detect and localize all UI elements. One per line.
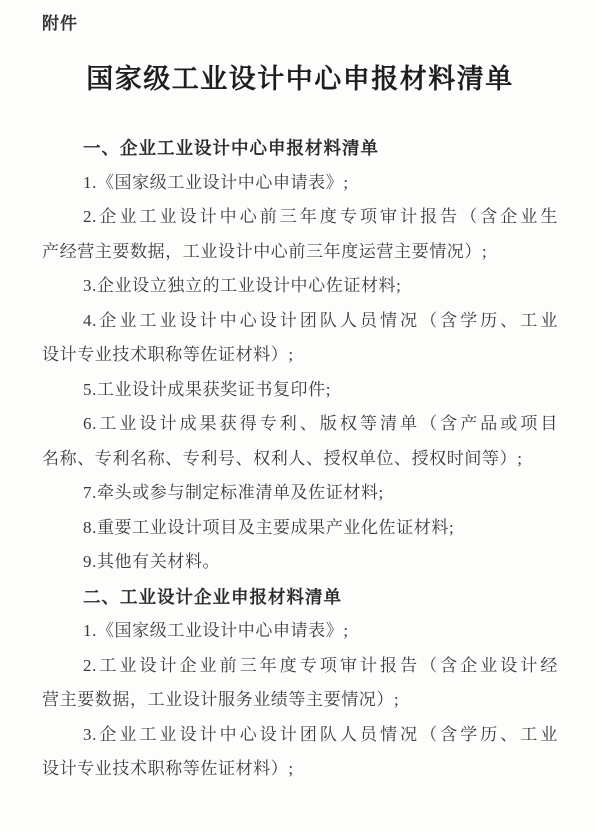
item-line: 名称、专利名称、专利号、权利人、授权单位、授权时间等）; bbox=[42, 442, 558, 477]
item-line: 营主要数据，工业设计服务业绩等主要情况）; bbox=[42, 683, 558, 718]
item-line: 2.工业设计企业前三年度专项审计报告（含企业设计经 bbox=[42, 649, 558, 684]
item-line: 1.《国家级工业设计中心申请表》; bbox=[42, 166, 558, 201]
document-title: 国家级工业设计中心申报材料清单 bbox=[42, 62, 558, 96]
item-line: 9.其他有关材料。 bbox=[42, 545, 558, 580]
item-line: 7.牵头或参与制定标准清单及佐证材料; bbox=[42, 476, 558, 511]
item-line: 设计专业技术职称等佐证材料）; bbox=[42, 338, 558, 373]
document-body: 一、企业工业设计中心申报材料清单1.《国家级工业设计中心申请表》;2.企业工业设… bbox=[42, 131, 558, 787]
item-line: 5.工业设计成果获奖证书复印件; bbox=[42, 373, 558, 408]
section-heading: 一、企业工业设计中心申报材料清单 bbox=[42, 131, 558, 166]
item-line: 1.《国家级工业设计中心申请表》; bbox=[42, 614, 558, 649]
item-line: 2.企业工业设计中心前三年度专项审计报告（含企业生 bbox=[42, 200, 558, 235]
section-heading: 二、工业设计企业申报材料清单 bbox=[42, 580, 558, 615]
item-line: 产经营主要数据，工业设计中心前三年度运营主要情况）; bbox=[42, 235, 558, 270]
attachment-label: 附件 bbox=[42, 13, 558, 35]
document-page: 附件 国家级工业设计中心申报材料清单 一、企业工业设计中心申报材料清单1.《国家… bbox=[0, 0, 595, 831]
item-line: 4.企业工业设计中心设计团队人员情况（含学历、工业 bbox=[42, 304, 558, 339]
item-line: 设计专业技术职称等佐证材料）; bbox=[42, 752, 558, 787]
item-line: 3.企业工业设计中心设计团队人员情况（含学历、工业 bbox=[42, 718, 558, 753]
item-line: 8.重要工业设计项目及主要成果产业化佐证材料; bbox=[42, 511, 558, 546]
item-line: 6.工业设计成果获得专利、版权等清单（含产品或项目 bbox=[42, 407, 558, 442]
item-line: 3.企业设立独立的工业设计中心佐证材料; bbox=[42, 269, 558, 304]
